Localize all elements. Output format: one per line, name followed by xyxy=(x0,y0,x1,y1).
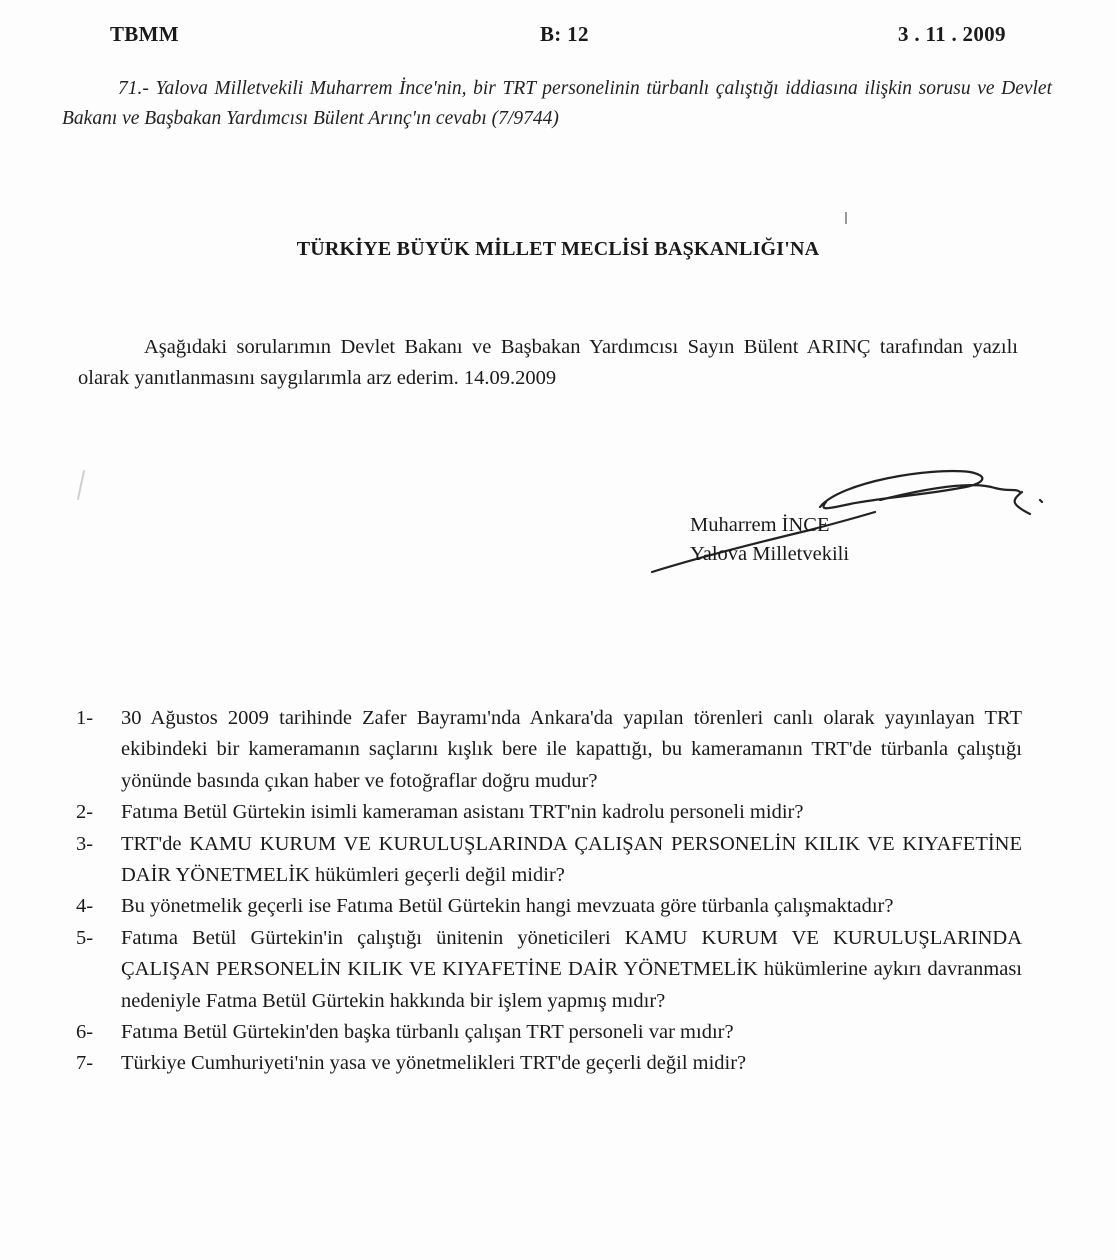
signatory-name: Muharrem İNCE xyxy=(690,511,849,540)
question-text: Bu yönetmelik geçerli ise Fatıma Betül G… xyxy=(121,895,893,917)
subject-text: 71.- Yalova Milletvekili Muharrem İnce'n… xyxy=(62,78,1052,129)
question-item: 1-30 Ağustos 2009 tarihinde Zafer Bayram… xyxy=(76,703,1022,797)
question-item: 5-Fatıma Betül Gürtekin'in çalıştığı üni… xyxy=(76,923,1022,1017)
question-number: 7- xyxy=(76,1048,93,1079)
scan-mark xyxy=(845,212,847,224)
question-text: Fatıma Betül Gürtekin isimli kameraman a… xyxy=(121,801,803,823)
scan-mark xyxy=(77,470,85,500)
question-number: 3- xyxy=(76,829,93,860)
question-item: 3-TRT'de KAMU KURUM VE KURULUŞLARINDA ÇA… xyxy=(76,829,1022,892)
header-institution: TBMM xyxy=(110,22,179,47)
header-session: B: 12 xyxy=(540,22,589,47)
question-text: TRT'de KAMU KURUM VE KURULUŞLARINDA ÇALI… xyxy=(121,833,1022,886)
question-item: 7-Türkiye Cumhuriyeti'nin yasa ve yönetm… xyxy=(76,1048,1022,1079)
question-number: 6- xyxy=(76,1017,93,1048)
questions-list: 1-30 Ağustos 2009 tarihinde Zafer Bayram… xyxy=(76,703,1022,1080)
signatory-title: Yalova Milletvekili xyxy=(690,540,849,569)
question-number: 2- xyxy=(76,797,93,828)
question-text: 30 Ağustos 2009 tarihinde Zafer Bayramı'… xyxy=(121,707,1022,792)
intro-text: Aşağıdaki sorularımın Devlet Bakanı ve B… xyxy=(78,336,1018,389)
question-text: Türkiye Cumhuriyeti'nin yasa ve yönetmel… xyxy=(121,1052,746,1074)
question-item: 2-Fatıma Betül Gürtekin isimli kameraman… xyxy=(76,797,1022,828)
addressee-title: TÜRKİYE BÜYÜK MİLLET MECLİSİ BAŞKANLIĞI'… xyxy=(0,238,1116,261)
question-text: Fatıma Betül Gürtekin'den başka türbanlı… xyxy=(121,1021,734,1043)
intro-paragraph: Aşağıdaki sorularımın Devlet Bakanı ve B… xyxy=(78,332,1018,394)
question-item: 4-Bu yönetmelik geçerli ise Fatıma Betül… xyxy=(76,891,1022,922)
question-number: 4- xyxy=(76,891,93,922)
question-number: 5- xyxy=(76,923,93,954)
header-date: 3 . 11 . 2009 xyxy=(898,22,1006,47)
question-item: 6-Fatıma Betül Gürtekin'den başka türban… xyxy=(76,1017,1022,1048)
question-text: Fatıma Betül Gürtekin'in çalıştığı ünite… xyxy=(121,927,1022,1012)
subject-line: 71.- Yalova Milletvekili Muharrem İnce'n… xyxy=(62,74,1052,134)
signature-block: Muharrem İNCE Yalova Milletvekili xyxy=(690,511,849,569)
scanned-document-page: TBMM B: 12 3 . 11 . 2009 71.- Yalova Mil… xyxy=(0,0,1116,1260)
question-number: 1- xyxy=(76,703,93,734)
